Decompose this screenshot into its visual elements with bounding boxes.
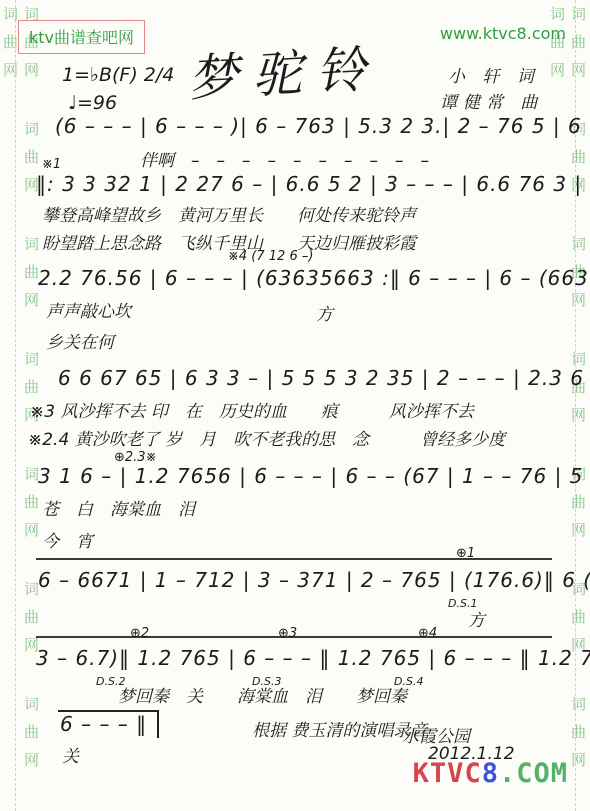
- coda-mark-1: ⊕1: [456, 546, 475, 561]
- lyric-line-4b: ※2.4 黄沙吹老了 岁 月 吹不老我的思 念 曾经多少度: [28, 425, 505, 450]
- lyric-line-4a: ※3 风沙挥不去 印 在 历史的血 痕 风沙挥不去: [30, 397, 474, 422]
- logo-part-green: .COM: [499, 758, 568, 789]
- logo-part-blue: 8: [482, 758, 499, 789]
- ktvc8-logo[interactable]: KTVC8.COM: [413, 758, 568, 789]
- lyric-line-2a: 攀登高峰望故乡 黄河万里长 何处传来驼铃声: [42, 201, 416, 226]
- song-title: 梦驼铃: [186, 29, 382, 111]
- lyric-line-3a: 声声敲心坎: [46, 297, 131, 322]
- lyric-line-5a: 苍 白 海棠血 泪: [42, 495, 195, 520]
- composer-credit: 谭健常 曲: [440, 88, 543, 113]
- notation-line-8: 6 – – – ‖: [58, 710, 159, 738]
- notation-line-3: 2.2 76.56 | 6 – – – | (63635663 :‖ 6 – –…: [38, 266, 590, 290]
- lyric-line-3b: 乡关在何: [46, 328, 114, 353]
- segno-mark-1: ※1: [42, 157, 61, 172]
- coda-mark-2: ⊕2: [130, 626, 149, 641]
- coda-mark-3: ⊕3: [278, 626, 297, 641]
- notation-line-4: 6 6 67 65 | 6 3 3 – | 5 5 5 3 2 35 | 2 –…: [58, 366, 590, 390]
- coda-mark-23: ⊕2.3※: [114, 450, 156, 465]
- lyric-line-5b: 今 宵: [42, 527, 93, 552]
- lyricist-credit: 小 轩 词: [448, 62, 540, 87]
- notation-line-5: 3 1 6 – | 1.2 7656 | 6 – – – | 6 – – (67…: [38, 464, 590, 488]
- lyric-line-1: 伴啊 – – – – – – – – – –: [140, 146, 429, 171]
- notation-line-2: ‖: 3 3 32 1 | 2 27 6 – | 6.6 5 2 | 3 – –…: [36, 172, 590, 196]
- notation-line-6: 6 – 6671 | 1 – 712 | 3 – 371 | 2 – 765 |…: [38, 568, 590, 592]
- left-border-line: [15, 0, 16, 811]
- coda-mark-4: ⊕4: [418, 626, 437, 641]
- lyric-line-6: 方: [468, 606, 485, 631]
- insert-notes-mark: ※4 (7 12 6 –): [228, 249, 313, 264]
- site-url-link[interactable]: www.ktvc8.com: [440, 24, 566, 43]
- tempo-marking: ♩=96: [68, 92, 117, 114]
- lyric-line-3a2: 方: [316, 300, 333, 325]
- lyric-line-8: 关: [62, 742, 79, 767]
- key-signature: 1=♭B(F) 2/4: [62, 64, 174, 86]
- lyric-line-7: 梦回秦 关 海棠血 泪 梦回秦: [118, 682, 407, 707]
- logo-part-red: KTVC: [413, 758, 482, 789]
- notation-line-7: 3 – 6.7)‖ 1.2 765 | 6 – – – ‖ 1.2 765 | …: [36, 646, 590, 670]
- notation-line-1: (6 – – – | 6 – – – )| 6 – 763 | 5.3 2 3.…: [55, 114, 590, 138]
- site-name-badge[interactable]: ktv曲谱查吧网: [18, 20, 145, 54]
